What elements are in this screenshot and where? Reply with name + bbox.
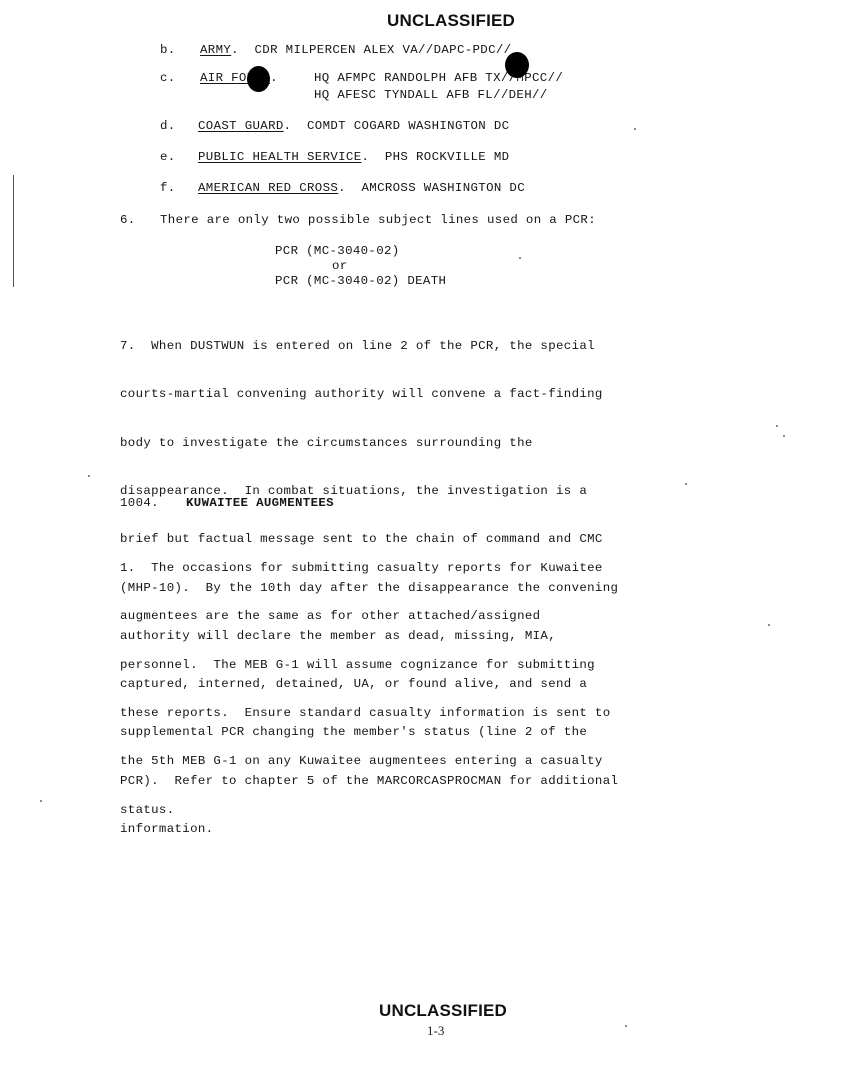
section-title: KUWAITEE AUGMENTEES bbox=[186, 496, 334, 510]
margin-change-bar bbox=[13, 175, 14, 287]
para6-number: 6. bbox=[120, 213, 136, 227]
para7-line: 7. When DUSTWUN is entered on line 2 of … bbox=[120, 338, 760, 354]
addressee-f: AMERICAN RED CROSS. AMCROSS WASHINGTON D… bbox=[198, 181, 525, 195]
service-army: ARMY bbox=[200, 43, 231, 57]
addressee-f-letter: f. bbox=[160, 181, 176, 195]
address-public-health: PHS ROCKVILLE MD bbox=[385, 150, 510, 164]
service-coast-guard: COAST GUARD bbox=[198, 119, 284, 133]
scan-speck bbox=[40, 800, 42, 802]
addressee-b-letter: b. bbox=[160, 43, 176, 57]
para7-line: courts-martial convening authority will … bbox=[120, 386, 760, 402]
classification-banner-top: UNCLASSIFIED bbox=[387, 11, 515, 31]
address-red-cross: AMCROSS WASHINGTON DC bbox=[362, 181, 526, 195]
scan-speck bbox=[783, 435, 785, 437]
scan-speck bbox=[625, 1025, 627, 1027]
addressee-b: ARMY. CDR MILPERCEN ALEX VA//DAPC-PDC// bbox=[200, 43, 511, 57]
para7-line: body to investigate the circumstances su… bbox=[120, 435, 760, 451]
service-public-health: PUBLIC HEALTH SERVICE bbox=[198, 150, 362, 164]
section-number: 1004. bbox=[120, 496, 159, 510]
address-coast-guard: COMDT COGARD WASHINGTON DC bbox=[307, 119, 509, 133]
addressee-c-letter: c. bbox=[160, 71, 176, 85]
scan-speck bbox=[88, 475, 90, 477]
para-line: 1. The occasions for submitting casualty… bbox=[120, 560, 760, 576]
addressee-d-letter: d. bbox=[160, 119, 176, 133]
para-line: augmentees are the same as for other att… bbox=[120, 608, 760, 624]
punch-hole-mark bbox=[247, 66, 270, 92]
service-red-cross: AMERICAN RED CROSS bbox=[198, 181, 338, 195]
para6-text: There are only two possible subject line… bbox=[160, 213, 596, 227]
para-line: these reports. Ensure standard casualty … bbox=[120, 705, 760, 721]
address-air-force-2: HQ AFESC TYNDALL AFB FL//DEH// bbox=[314, 88, 548, 102]
section1004-para1: 1. The occasions for submitting casualty… bbox=[120, 528, 760, 834]
addressee-d: COAST GUARD. COMDT COGARD WASHINGTON DC bbox=[198, 119, 509, 133]
addressee-e: PUBLIC HEALTH SERVICE. PHS ROCKVILLE MD bbox=[198, 150, 509, 164]
classification-banner-bottom: UNCLASSIFIED bbox=[379, 1001, 507, 1021]
para-line: status. bbox=[120, 802, 760, 818]
scan-speck bbox=[776, 425, 778, 427]
scan-speck bbox=[519, 257, 521, 259]
subject-line-1: PCR (MC-3040-02) bbox=[275, 244, 400, 258]
para-line: the 5th MEB G-1 on any Kuwaitee augmente… bbox=[120, 753, 760, 769]
para-line: personnel. The MEB G-1 will assume cogni… bbox=[120, 657, 760, 673]
page-number: 1-3 bbox=[427, 1023, 444, 1039]
scan-speck bbox=[768, 624, 770, 626]
punch-hole-mark bbox=[505, 52, 529, 78]
address-army: CDR MILPERCEN ALEX VA//DAPC-PDC// bbox=[255, 43, 512, 57]
subject-connector: or bbox=[332, 259, 348, 273]
subject-line-2: PCR (MC-3040-02) DEATH bbox=[275, 274, 446, 288]
scan-speck bbox=[685, 483, 687, 485]
scan-speck bbox=[634, 128, 636, 130]
addressee-e-letter: e. bbox=[160, 150, 176, 164]
